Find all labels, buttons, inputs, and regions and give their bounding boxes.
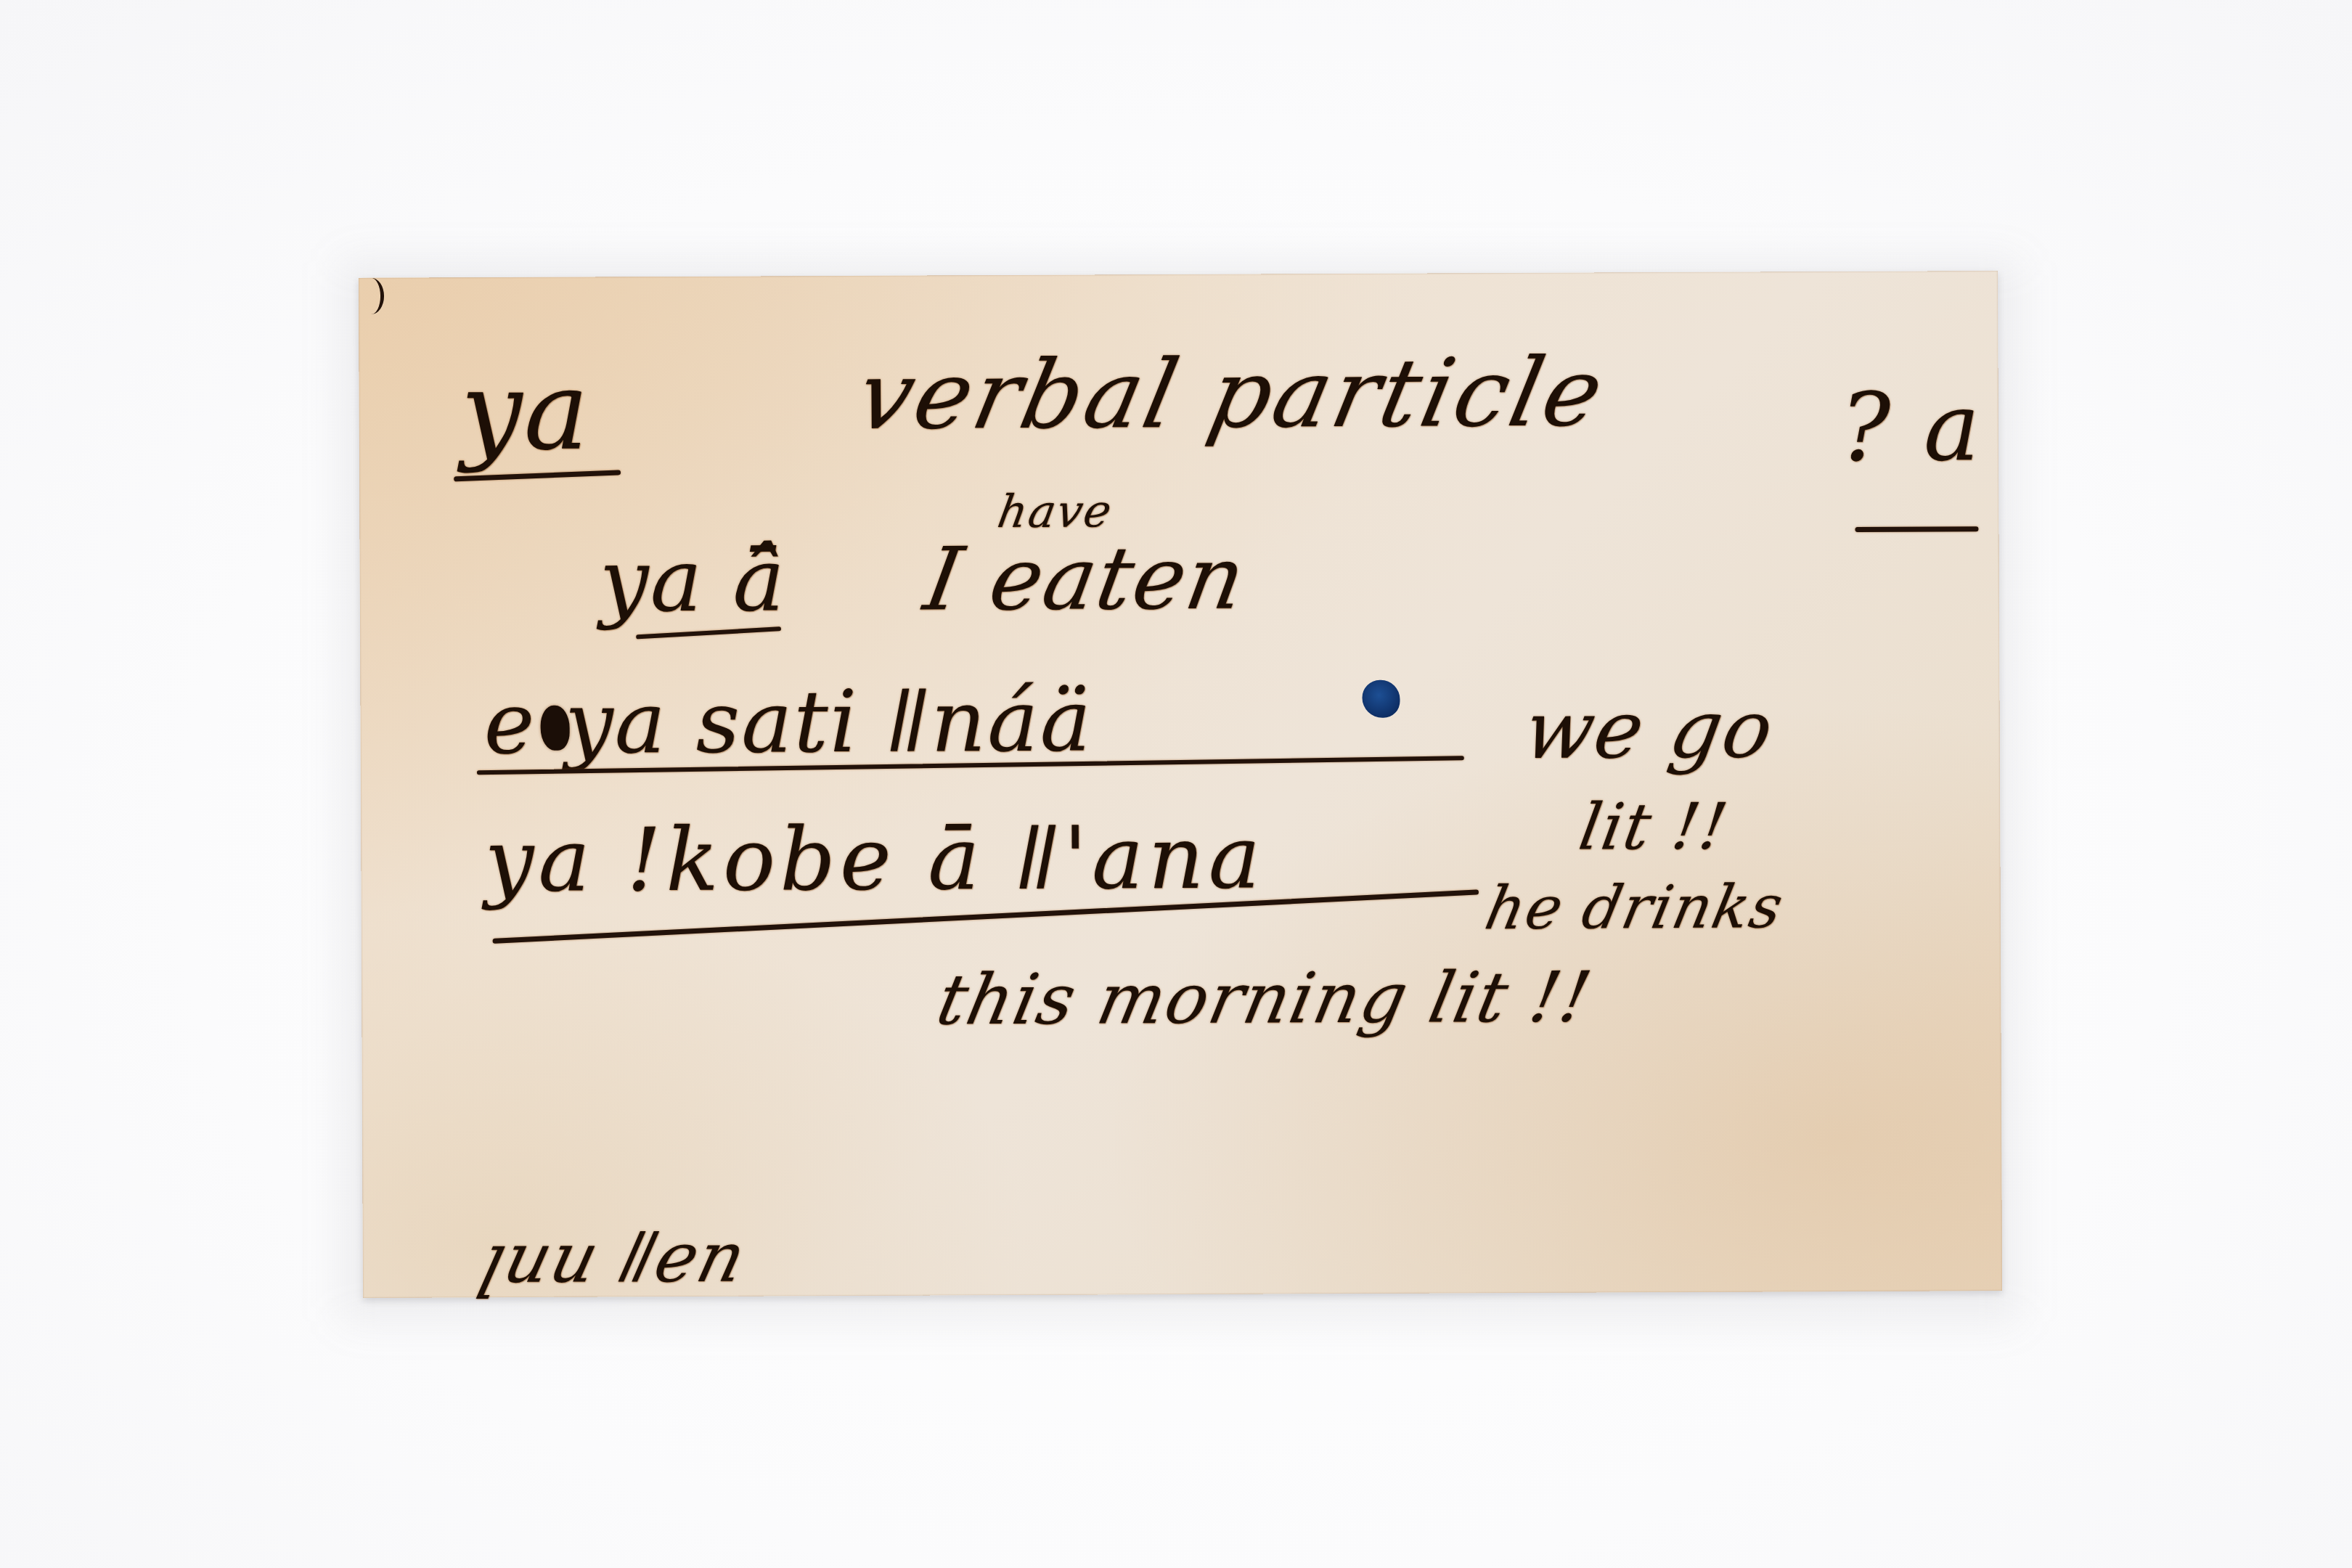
example-term: ya ā̂ [600, 537, 787, 625]
example-gloss: he drinks [1480, 878, 1789, 939]
entry-gloss-verbal-particle: verbal particle [850, 345, 1613, 443]
photo-backdrop: ya verbal particle ? a ya ā̂ have I eate… [0, 0, 2352, 1568]
example-gloss: we go [1519, 689, 1780, 770]
index-card: ya verbal particle ? a ya ā̂ have I eate… [359, 271, 2002, 1298]
literal-note: lit !! [1575, 795, 1733, 859]
alternate-term: a [1924, 372, 1982, 482]
entry-term-ya: ya [460, 357, 590, 467]
underline [1855, 526, 1978, 532]
example-gloss-continuation: this morning lit !! [931, 962, 1598, 1034]
example-term: e ya sati ǁnáä [483, 678, 1093, 767]
example-gloss: I eaten [918, 536, 1251, 624]
interlinear-insertion: have [995, 489, 1116, 534]
blue-ink-dot [1362, 680, 1400, 718]
question-mark: ? [1840, 372, 1892, 483]
informant-signature: ꞁuu ǁen [474, 1224, 753, 1294]
example-term: ya !kobe ā ǁ'ana [484, 814, 1265, 905]
entry-alternate-form: ? a [1840, 380, 1982, 475]
caret-mark-icon [359, 278, 384, 314]
